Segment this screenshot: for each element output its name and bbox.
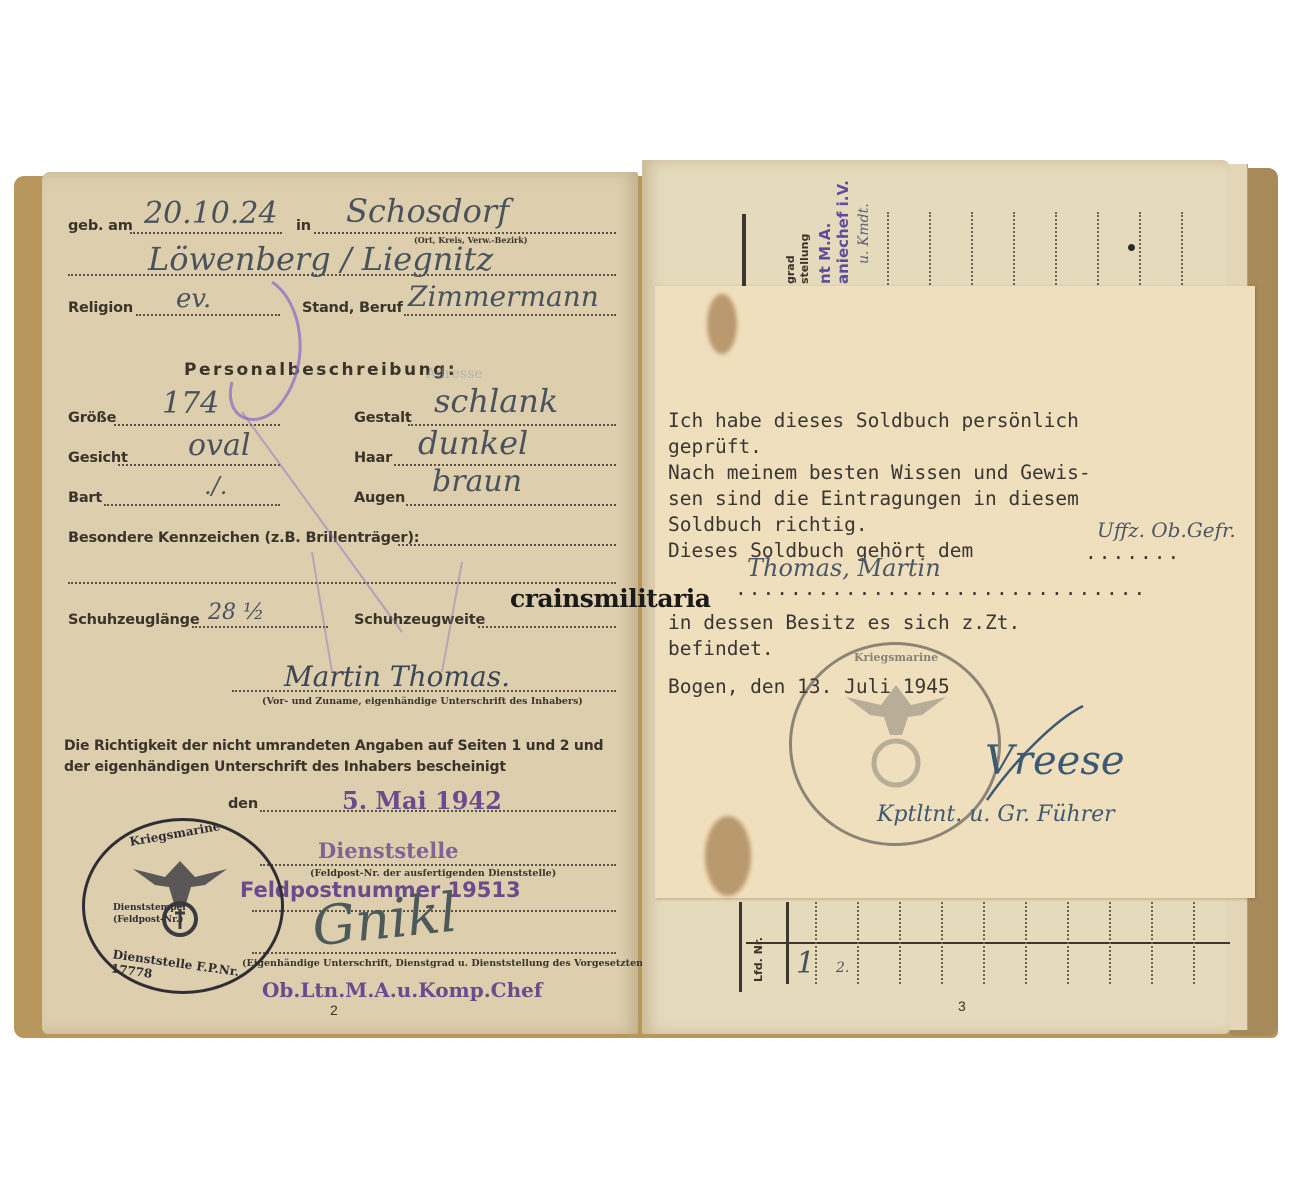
table-column: [1067, 902, 1069, 984]
typed-line-7: in dessen Besitz es sich z.Zt.: [668, 610, 1020, 636]
eagle-emblem-icon: [125, 847, 235, 939]
page-number-right: 3: [958, 998, 966, 1014]
dotted-line: [252, 952, 616, 954]
table-column: [1139, 212, 1141, 288]
stain: [707, 294, 737, 354]
seal-center-line1: Dienststempel: [113, 903, 186, 913]
watermark: crainsmilitaria: [510, 584, 710, 613]
table-column: [1151, 902, 1153, 984]
table-column: [1013, 212, 1015, 288]
den-label: den: [228, 796, 258, 812]
table-column: [1109, 902, 1111, 984]
typed-dots-1: .......: [1085, 540, 1181, 566]
ink-dot: [1128, 244, 1135, 251]
birth-date-value: 20.10.24: [144, 196, 278, 231]
dotted-line: [478, 626, 616, 628]
dotted-line: [130, 232, 282, 234]
table-column: [971, 212, 973, 288]
typed-line-8: befindet.: [668, 636, 774, 662]
typed-certificate-slip: Ich habe dieses Soldbuch persönlich gepr…: [655, 286, 1255, 898]
religion-label: Religion: [68, 300, 133, 316]
typed-line-3: Nach meinem besten Wissen und Gewis-: [668, 460, 1091, 486]
officer-rank-stamp: Ob.Ltn.M.A.u.Komp.Chef: [262, 978, 542, 1002]
seal-top-text: Kriegsmarine: [128, 819, 221, 849]
table-column: [899, 902, 901, 984]
name-handwritten: Thomas, Martin: [747, 554, 941, 582]
signature-flourish: [975, 700, 1095, 810]
page-number-left: 2: [330, 1002, 338, 1018]
official-seal: Kriegsmarine Dienststempel (Feldpost-Nr.…: [82, 818, 284, 994]
dotted-line: [314, 232, 616, 234]
birth-place-label: in: [296, 218, 311, 234]
table-column: [1025, 902, 1027, 984]
seal-center-line2: (Feldpost-Nr.): [113, 915, 183, 925]
header-hand-rotated: u. Kmdt.: [856, 203, 872, 264]
birth-place-value: Schosdorf: [346, 192, 509, 230]
birth-date-label: geb. am: [68, 218, 133, 234]
field-label-height: Größe: [68, 410, 116, 426]
stain: [705, 816, 751, 896]
typed-line-1: Ich habe dieses Soldbuch persönlich: [668, 408, 1079, 434]
slip-eagle-emblem-icon: [836, 675, 956, 805]
header-rotated-2: stellung: [798, 234, 811, 284]
slip-signature-rank: Kptltnt. u. Gr. Führer: [877, 802, 1115, 827]
header-stamp-rotated-1: nt M.A.: [816, 223, 834, 284]
table-row-line: [746, 942, 1230, 944]
typed-line-4: sen sind die Eintragungen in diesem: [668, 486, 1079, 512]
table-column: [1055, 212, 1057, 288]
table-entry-1: 1: [796, 946, 815, 981]
table-column: [983, 902, 985, 984]
table-column: [1193, 902, 1195, 984]
typed-line-2: geprüft.: [668, 434, 762, 460]
dotted-line: [260, 864, 616, 866]
field-label-beard: Bart: [68, 490, 102, 506]
table-column: [1097, 212, 1099, 288]
table-col-label: Lfd. Nr.: [752, 937, 765, 982]
header-rotated-1: grad: [784, 255, 797, 284]
officer-caption: (Eigenhändige Unterschrift, Dienstgrad u…: [242, 958, 648, 969]
typed-line-5: Soldbuch richtig.: [668, 512, 868, 538]
table-column: [815, 902, 817, 984]
purple-pencil-marks: [162, 272, 492, 712]
dienststelle-stamp: Dienststelle: [318, 838, 459, 863]
date-stamp: 5. Mai 1942: [342, 786, 502, 815]
table-border: [742, 214, 746, 286]
slip-seal-text: Kriegsmarine: [854, 651, 938, 664]
table-column: [929, 212, 931, 288]
seal-bottom-text: Dienststelle F.P.Nr. 17778: [110, 947, 282, 998]
certification-text: Die Richtigkeit der nicht umrandeten Ang…: [64, 736, 624, 778]
table-column: [941, 902, 943, 984]
table-column: [857, 902, 859, 984]
header-stamp-rotated-2: aniechef i.V.: [834, 180, 852, 284]
table-column: [887, 212, 889, 288]
table-border: [739, 902, 742, 992]
rank-handwritten: Uffz. Ob.Gefr.: [1097, 518, 1236, 542]
table-column: [1181, 212, 1183, 288]
table-entry-2: 2.: [836, 960, 849, 976]
